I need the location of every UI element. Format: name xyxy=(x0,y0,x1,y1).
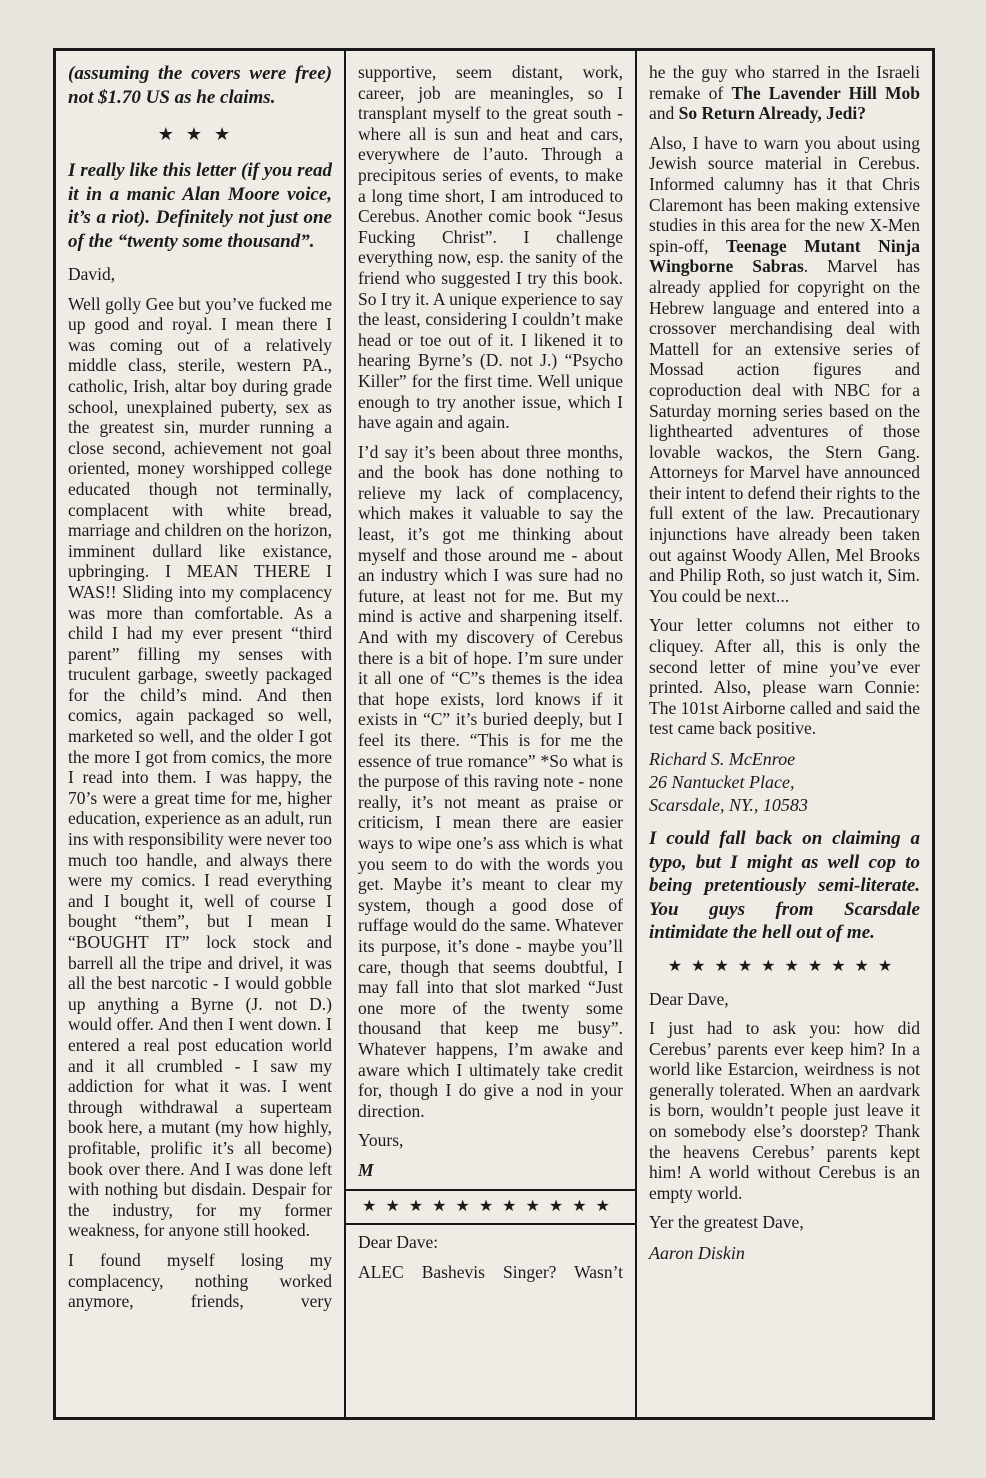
sender-name: Richard S. McEnroe xyxy=(649,748,920,771)
letter-paragraph: Also, I have to warn you about using Jew… xyxy=(637,133,932,607)
divider-rule xyxy=(346,1189,635,1191)
sender-address: Richard S. McEnroe 26 Nantucket Place, S… xyxy=(637,748,932,817)
divider-rule xyxy=(346,1223,635,1225)
star-separator: ★★★ xyxy=(56,125,344,143)
paragraph-segment: . Marvel has already applied for copyrig… xyxy=(649,256,920,606)
letter-signature: Aaron Diskin xyxy=(637,1242,932,1265)
editor-note: (assuming the covers were free) not $1.7… xyxy=(56,62,344,109)
address-line: Scarsdale, NY., 10583 xyxy=(649,794,920,817)
paragraph-segment: and xyxy=(649,103,679,123)
letter-paragraph: I just had to ask you: how did Cerebus’ … xyxy=(637,1018,932,1203)
letter-salutation: Dear Dave, xyxy=(637,989,932,1010)
letter-paragraph: supportive, seem distant, work, career, … xyxy=(346,62,635,433)
editor-note: I could fall back on claiming a typo, bu… xyxy=(637,827,932,945)
letter-salutation: Dear Dave: xyxy=(346,1232,635,1253)
column-2: supportive, seem distant, work, career, … xyxy=(344,51,635,1417)
movie-title: The Lavender Hill Mob xyxy=(731,83,920,103)
column-3: he the guy who starred in the Israeli re… xyxy=(635,51,932,1417)
column-1: (assuming the covers were free) not $1.7… xyxy=(56,51,344,1417)
letter-signature: M xyxy=(346,1160,635,1181)
star-separator: ★★★★★★★★★★★ xyxy=(346,1198,635,1216)
letter-paragraph: he the guy who starred in the Israeli re… xyxy=(637,62,932,124)
letter-closing: Yer the greatest Dave, xyxy=(637,1212,932,1233)
movie-title: So Return Already, Jedi? xyxy=(679,103,866,123)
letter-paragraph: I found myself losing my complacency, no… xyxy=(56,1250,344,1312)
letter-paragraph: Your letter columns not either to clique… xyxy=(637,615,932,739)
letter-paragraph: I’d say it’s been about three months, an… xyxy=(346,442,635,1122)
editor-note: I really like this letter (if you read i… xyxy=(56,159,344,253)
star-separator: ★★★★★★★★★★ xyxy=(637,958,932,976)
letter-closing: Yours, xyxy=(346,1130,635,1151)
letter-paragraph: Well golly Gee but you’ve fucked me up g… xyxy=(56,294,344,1241)
letter-paragraph: ALEC Bashevis Singer? Wasn’t xyxy=(346,1262,635,1283)
letters-page-sheet: (assuming the covers were free) not $1.7… xyxy=(53,48,935,1420)
address-line: 26 Nantucket Place, xyxy=(649,771,920,794)
letter-salutation: David, xyxy=(56,264,344,285)
